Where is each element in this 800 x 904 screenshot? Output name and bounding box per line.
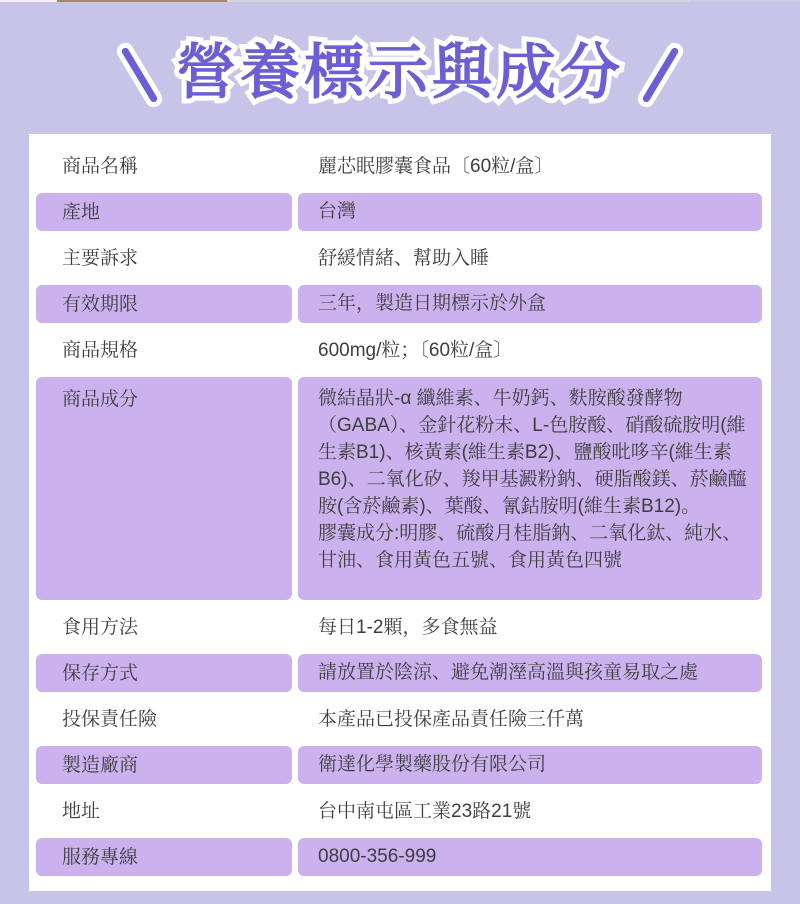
row-label: 食用方法: [36, 609, 292, 646]
table-row: 保存方式 請放置於陰涼、避免潮溼高溫與孩童易取之處: [36, 650, 762, 696]
row-label: 商品成分: [36, 377, 292, 600]
row-label: 投保責任險: [36, 701, 292, 738]
row-value: 台中南屯區工業23路21號: [298, 793, 762, 830]
left-slash-decoration-icon: [114, 40, 166, 110]
row-label: 服務專線: [36, 838, 292, 876]
row-label: 產地: [36, 193, 292, 231]
table-row: 投保責任險 本產品已投保產品責任險三仟萬: [36, 696, 762, 742]
table-row: 服務專線 0800-356-999: [36, 834, 762, 880]
row-value: 微結晶狀-α 纖維素、牛奶鈣、麩胺酸發酵物（GABA）、金針花粉末、L-色胺酸、…: [298, 377, 762, 600]
top-edge-artifact: [0, 0, 800, 2]
row-value: 舒緩情緒、幫助入睡: [298, 240, 762, 277]
product-info-table: 商品名稱 麗芯眠膠囊食品〔60粒/盒〕 產地 台灣 主要訴求 舒緩情緒、幫助入睡…: [29, 134, 771, 891]
table-row: 製造廠商 衛達化學製藥股份有限公司: [36, 742, 762, 788]
row-value: 0800-356-999: [298, 838, 762, 876]
table-row: 商品規格 600mg/粒；〔60粒/盒〕: [36, 327, 762, 373]
table-row: 地址 台中南屯區工業23路21號: [36, 788, 762, 834]
row-label: 保存方式: [36, 654, 292, 692]
page-title: 營養標示與成分: [176, 25, 624, 111]
row-label: 地址: [36, 793, 292, 830]
row-value: 三年，製造日期標示於外盒: [298, 285, 762, 323]
table-row: 主要訴求 舒緩情緒、幫助入睡: [36, 235, 762, 281]
right-slash-decoration-icon: [635, 40, 687, 110]
table-row: 商品名稱 麗芯眠膠囊食品〔60粒/盒〕: [36, 143, 762, 189]
row-value: 台灣: [298, 193, 762, 231]
row-value: 請放置於陰涼、避免潮溼高溫與孩童易取之處: [298, 654, 762, 692]
row-value: 麗芯眠膠囊食品〔60粒/盒〕: [298, 148, 762, 185]
row-label: 主要訴求: [36, 240, 292, 277]
row-value: 本產品已投保產品責任險三仟萬: [298, 701, 762, 738]
table-row: 食用方法 每日1-2顆，多食無益: [36, 604, 762, 650]
table-row: 商品成分 微結晶狀-α 纖維素、牛奶鈣、麩胺酸發酵物（GABA）、金針花粉末、L…: [36, 373, 762, 604]
row-label: 商品規格: [36, 332, 292, 369]
table-row: 有效期限 三年，製造日期標示於外盒: [36, 281, 762, 327]
row-value: 每日1-2顆，多食無益: [298, 609, 762, 646]
row-value: 衛達化學製藥股份有限公司: [298, 746, 762, 784]
row-value: 600mg/粒；〔60粒/盒〕: [298, 332, 762, 369]
row-label: 有效期限: [36, 285, 292, 323]
page-header: 營養標示與成分: [0, 22, 800, 114]
row-label: 製造廠商: [36, 746, 292, 784]
table-row: 產地 台灣: [36, 189, 762, 235]
row-label: 商品名稱: [36, 148, 292, 185]
